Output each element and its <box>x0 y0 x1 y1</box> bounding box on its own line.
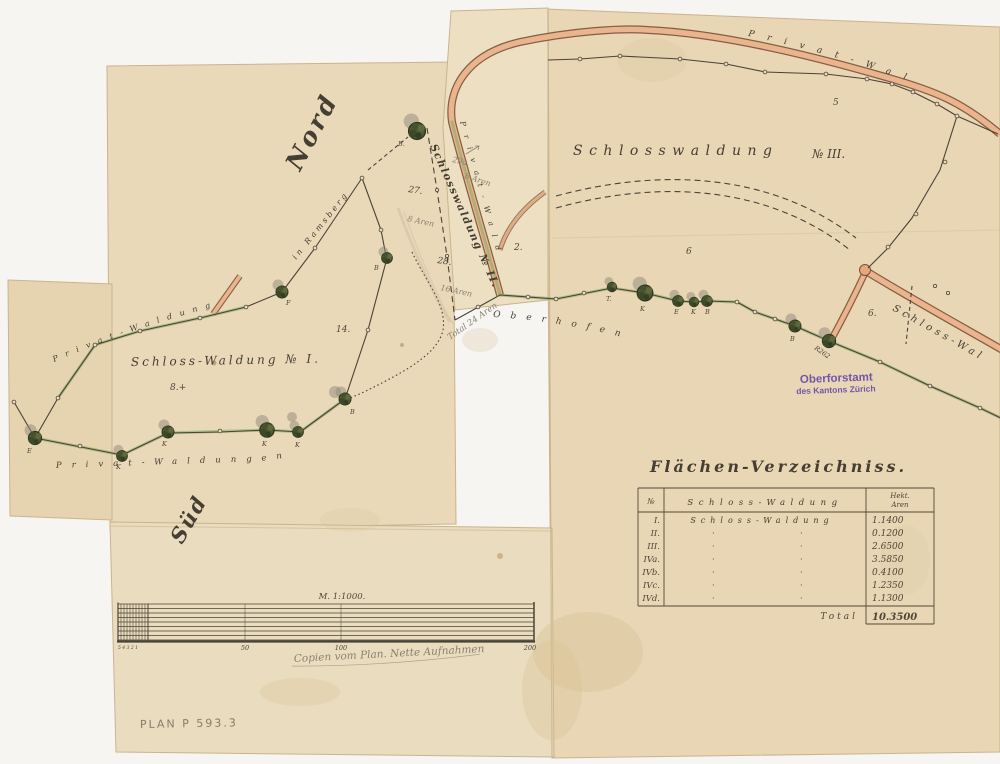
plot-number-5: 5 <box>833 98 839 108</box>
row-nr: IVc. <box>642 581 660 591</box>
plot-number-28: 28. <box>436 256 453 268</box>
row-area: 2.6500 <box>871 542 904 552</box>
row-nr: IVa. <box>643 555 661 565</box>
tree-label: B <box>349 408 355 416</box>
tree-label: B <box>704 308 710 316</box>
ditto-mark: · <box>712 542 715 552</box>
table-col-area2: Aren <box>890 501 909 509</box>
ditto-mark: · <box>800 555 803 565</box>
tree-label: B <box>373 264 379 272</box>
parcel-iii-title: Schlosswaldung <box>573 143 779 159</box>
row-area: 3.5850 <box>872 555 904 565</box>
table-col-name: Schloss-Waldung <box>687 498 842 508</box>
ditto-mark: · <box>712 529 715 539</box>
scanned-forest-plan: B. B F E K K K K B T. K E K B B R262 Pri… <box>0 0 1000 764</box>
ditto-mark: · <box>712 594 715 604</box>
scale-title: M. 1:1000. <box>318 592 366 602</box>
row-nr: I. <box>653 516 660 526</box>
plot-number-6b: 6. <box>868 309 877 319</box>
ditto-mark: · <box>800 542 803 552</box>
table-col-nr: № <box>646 497 655 506</box>
plot-number-6: 6 <box>686 247 692 257</box>
tree-label: B. <box>397 140 405 148</box>
table-total-label: Total <box>820 612 858 622</box>
plot-number-14: 14. <box>336 325 350 335</box>
tree-label: T. <box>606 295 611 303</box>
ditto-mark: · <box>800 581 803 591</box>
table-col-area1: Hekt. <box>889 492 910 500</box>
ditto-mark: · <box>712 581 715 591</box>
tree-label: E <box>26 447 32 455</box>
parcel-iii-number: № III. <box>811 147 845 161</box>
ditto-mark: · <box>712 555 715 565</box>
tree-label: F <box>285 299 291 307</box>
row-name: Schloss-Waldung <box>690 516 833 525</box>
row-nr: II. <box>650 529 660 539</box>
scale-tick-200: 200 <box>523 644 536 652</box>
row-nr: III. <box>646 542 660 552</box>
row-area: 1.2350 <box>872 581 904 591</box>
archive-reference: PLAN P 593.3 <box>140 716 238 731</box>
row-area: 0.1200 <box>872 529 904 539</box>
row-nr: IVd. <box>641 594 660 604</box>
plan-canvas: B. B F E K K K K B T. K E K B B R262 Pri… <box>0 0 1000 764</box>
tree-label: E <box>673 308 679 316</box>
ditto-mark: · <box>800 568 803 578</box>
table-total-value: 10.3500 <box>872 612 917 623</box>
plot-number-27: 27. <box>407 185 424 197</box>
ditto-mark: · <box>800 594 803 604</box>
parcel-i-note: 8.+ <box>170 383 186 393</box>
row-area: 1.1400 <box>872 516 904 526</box>
scale-subdivision-labels: 5 4 3 2 1 <box>118 645 138 651</box>
tree-label: B <box>789 335 795 343</box>
row-area: 0.4100 <box>872 568 904 578</box>
ditto-mark: · <box>712 568 715 578</box>
plot-number-2: 2. <box>513 243 523 253</box>
ditto-mark: · <box>800 529 803 539</box>
row-area: 1.1300 <box>872 594 904 604</box>
area-table-title: Flächen-Verzeichniss. <box>649 457 907 476</box>
scale-tick-50: 50 <box>241 644 249 652</box>
row-nr: IVb. <box>641 568 660 578</box>
oberforstamt-stamp: Oberforstamt des Kantons Zürich <box>796 371 876 396</box>
